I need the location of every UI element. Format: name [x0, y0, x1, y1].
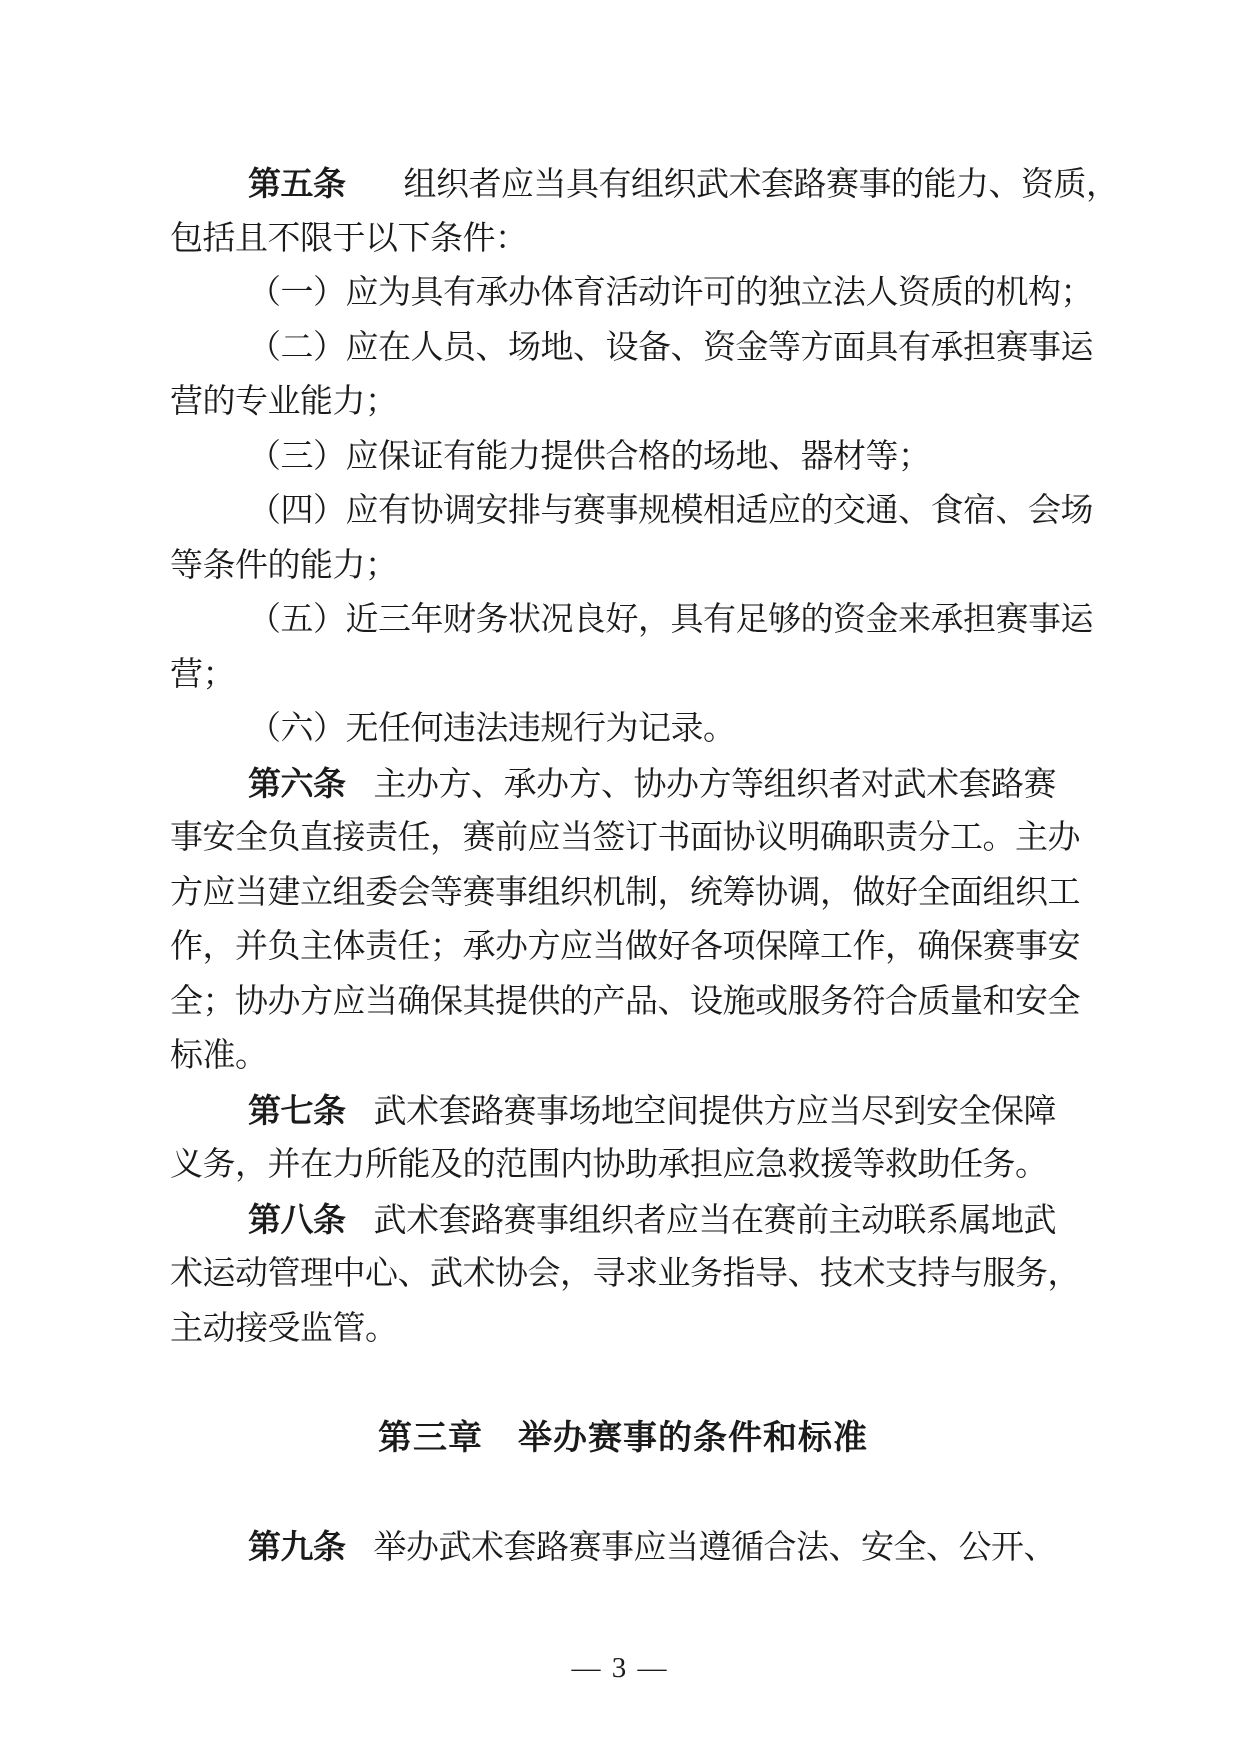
article-number: 第七条	[248, 1092, 346, 1129]
article-number-spacing	[346, 1557, 374, 1558]
document-line: 第七条武术套路赛事场地空间提供方应当尽到安全保障	[170, 1084, 1076, 1139]
line-text: 举办武术套路赛事应当遵循合法、安全、公开、	[374, 1530, 1057, 1566]
document-line: 主动接受监管。	[170, 1302, 1076, 1357]
document-line: 事安全负直接责任，赛前应当签订书面协议明确职责分工。主办	[170, 811, 1076, 866]
document-page: 第五条组织者应当具有组织武术套路赛事的能力、资质，包括且不限于以下条件：（一）应…	[0, 0, 1240, 1754]
line-text: 武术套路赛事场地空间提供方应当尽到安全保障	[374, 1094, 1057, 1130]
document-line: 第九条举办武术套路赛事应当遵循合法、安全、公开、	[170, 1520, 1076, 1575]
article-number-spacing	[346, 794, 374, 795]
document-line: 第五条组织者应当具有组织武术套路赛事的能力、资质，	[170, 157, 1076, 212]
line-text: 武术套路赛事组织者应当在赛前主动联系属地武	[374, 1203, 1057, 1239]
chapter-heading: 第三章 举办赛事的条件和标准	[170, 1411, 1076, 1466]
document-line: （二）应在人员、场地、设备、资金等方面具有承担赛事运	[170, 321, 1076, 376]
article-number: 第五条	[248, 165, 346, 202]
document-line: 作，并负主体责任；承办方应当做好各项保障工作，确保赛事安	[170, 920, 1076, 975]
document-line: （六）无任何违法违规行为记录。	[170, 702, 1076, 757]
document-line: 营的专业能力；	[170, 375, 1076, 430]
page-number: — 3 —	[0, 1652, 1240, 1685]
document-line: 全；协办方应当确保其提供的产品、设施或服务符合质量和安全	[170, 975, 1076, 1030]
article-number-spacing	[346, 194, 404, 195]
article-number: 第八条	[248, 1201, 346, 1238]
document-line: （五）近三年财务状况良好，具有足够的资金来承担赛事运	[170, 593, 1076, 648]
document-line: 第六条主办方、承办方、协办方等组织者对武术套路赛	[170, 757, 1076, 812]
document-line: （三）应保证有能力提供合格的场地、器材等；	[170, 430, 1076, 485]
article-number: 第六条	[248, 765, 346, 802]
document-line: 包括且不限于以下条件：	[170, 212, 1076, 267]
document-line: 义务，并在力所能及的范围内协助承担应急救援等救助任务。	[170, 1138, 1076, 1193]
article-number-spacing	[346, 1121, 374, 1122]
document-line: 营；	[170, 648, 1076, 703]
document-line: 术运动管理中心、武术协会，寻求业务指导、技术支持与服务，	[170, 1247, 1076, 1302]
document-line: （四）应有协调安排与赛事规模相适应的交通、食宿、会场	[170, 484, 1076, 539]
article-number: 第九条	[248, 1528, 346, 1565]
blank-line	[170, 1465, 1076, 1520]
blank-line	[170, 1356, 1076, 1411]
document-line: 标准。	[170, 1029, 1076, 1084]
line-text: 主办方、承办方、协办方等组织者对武术套路赛	[374, 767, 1057, 803]
document-line: 第八条武术套路赛事组织者应当在赛前主动联系属地武	[170, 1193, 1076, 1248]
document-line: 方应当建立组委会等赛事组织机制，统筹协调，做好全面组织工	[170, 866, 1076, 921]
document-body: 第五条组织者应当具有组织武术套路赛事的能力、资质，包括且不限于以下条件：（一）应…	[170, 157, 1076, 1574]
article-number-spacing	[346, 1230, 374, 1231]
line-text: 组织者应当具有组织武术套路赛事的能力、资质，	[404, 167, 1119, 203]
document-line: （一）应为具有承办体育活动许可的独立法人资质的机构；	[170, 266, 1076, 321]
document-line: 等条件的能力；	[170, 539, 1076, 594]
